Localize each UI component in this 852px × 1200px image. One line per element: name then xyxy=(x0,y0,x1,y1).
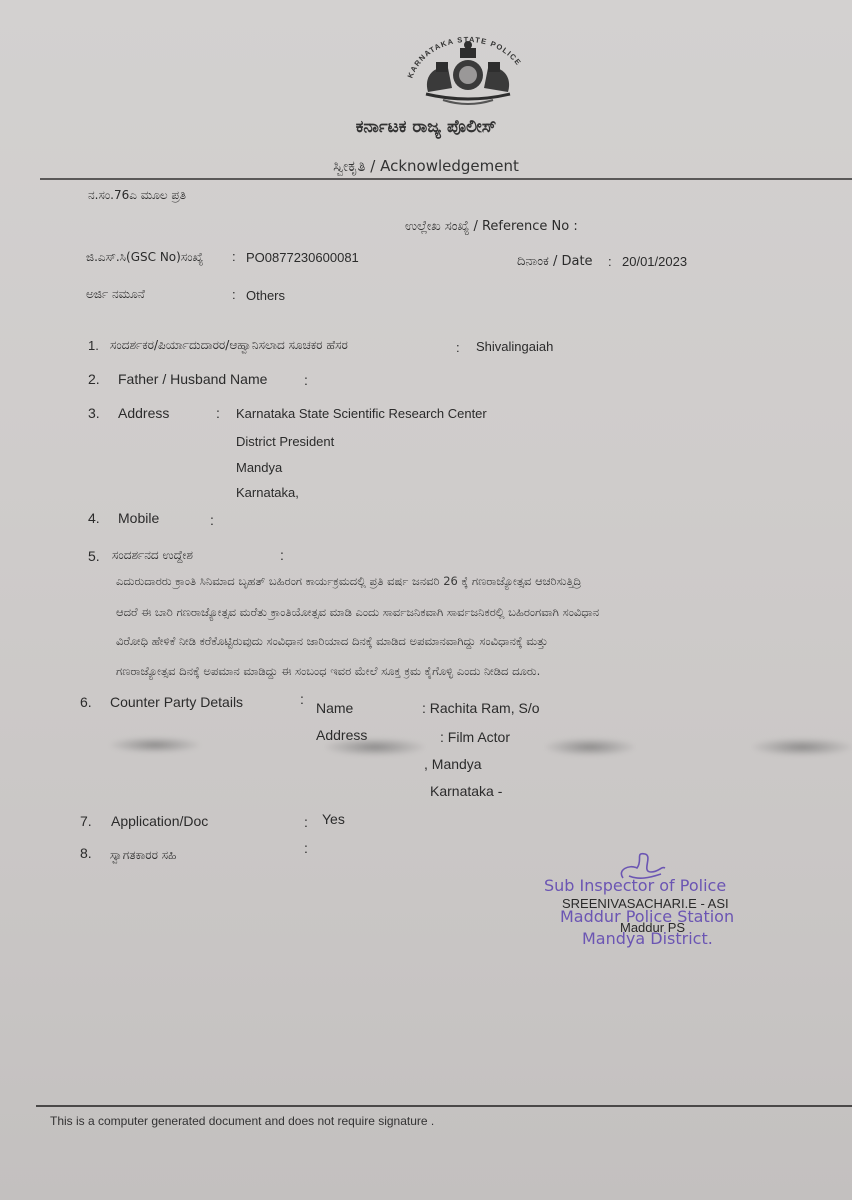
address-line-4: Karnataka, xyxy=(236,485,299,500)
field-4-colon: : xyxy=(210,512,214,528)
document-title: ಸ್ವೀಕೃತಿ / Acknowledgement xyxy=(0,157,852,175)
form-number: ನ.ಸಂ.76ಎ ಮೂಲ ಪ್ರತಿ xyxy=(88,188,186,203)
purpose-line-3: ವಿರೋಧಿ ಹೇಳಿಕೆ ನೀಡಿ ಕರೆಕೊಟ್ಟಿರುವುದು ಸಂವಿಧ… xyxy=(116,634,548,649)
header-divider xyxy=(40,178,852,180)
address-line-3: Mandya xyxy=(236,460,282,475)
field-8-label: ಸ್ವಾಗತಕಾರರ ಸಹಿ xyxy=(110,848,176,863)
stamp-line-3: Mandya District. xyxy=(582,929,713,948)
field-8-colon: : xyxy=(304,840,308,856)
field-4-number: 4. xyxy=(88,510,100,526)
field-3-number: 3. xyxy=(88,405,100,421)
application-type-value: Others xyxy=(246,288,285,303)
field-3-label: Address xyxy=(118,405,169,421)
state-police-emblem-icon: KARNATAKA STATE POLICE xyxy=(388,30,548,110)
field-5-label: ಸಂದರ್ಶನದ ಉದ್ದೇಶ xyxy=(112,548,193,563)
reference-label: ಉಲ್ಲೇಖ ಸಂಖ್ಯೆ / Reference No : xyxy=(405,219,578,234)
field-8-number: 8. xyxy=(80,845,92,861)
field-1-label: ಸಂದರ್ಶಕರ/ಪಿರ್ಯಾದುದಾರರ/ಆಹ್ವಾನಿಸಲಾದ ಸೂಚಕರ … xyxy=(110,338,348,353)
field-1-colon: : xyxy=(456,340,460,355)
stamp-line-1: Sub Inspector of Police xyxy=(544,876,726,895)
field-1-value: Shivalingaiah xyxy=(476,339,553,354)
field-6-colon: : xyxy=(300,691,304,707)
purpose-line-4: ಗಣರಾಜ್ಯೋತ್ಸವ ದಿನಕ್ಕೆ ಅಪಮಾನ ಮಾಡಿದ್ದು ಈ ಸಂ… xyxy=(116,664,540,679)
counter-party-name-value: : Rachita Ram, S/o xyxy=(422,700,540,716)
gsc-value: PO0877230600081 xyxy=(246,250,359,265)
counter-party-address-line-3: Karnataka - xyxy=(430,783,502,799)
counter-party-address-line-2: , Mandya xyxy=(424,756,482,772)
acknowledgement-document: KARNATAKA STATE POLICE ಕರ್ನಾಟಕ ರಾಜ್ಯ ಪೊಲ… xyxy=(0,0,852,1200)
field-5-colon: : xyxy=(280,547,284,563)
redaction-smudge xyxy=(545,738,635,756)
address-line-1: Karnataka State Scientific Research Cent… xyxy=(236,406,487,421)
counter-party-name-label: Name xyxy=(316,700,353,716)
address-line-2: District President xyxy=(236,434,334,449)
field-4-label: Mobile xyxy=(118,510,159,526)
field-7-colon: : xyxy=(304,814,308,830)
footer-divider xyxy=(36,1105,852,1107)
redaction-smudge xyxy=(110,737,200,753)
field-7-value: Yes xyxy=(322,811,345,827)
date-value: 20/01/2023 xyxy=(622,254,687,269)
date-colon: : xyxy=(608,254,612,269)
application-type-colon: : xyxy=(232,287,236,302)
redaction-smudge xyxy=(325,738,425,756)
footer-note: This is a computer generated document an… xyxy=(50,1114,434,1128)
field-2-number: 2. xyxy=(88,371,100,387)
purpose-line-1: ಎದುರುದಾರರು ಕ್ರಾಂತಿ ಸಿನಿಮಾದ ಬೃಹತ್ ಬಹಿರಂಗ … xyxy=(116,574,581,589)
field-7-label: Application/Doc xyxy=(111,813,208,829)
application-type-label: ಅರ್ಜಿ ನಮೂನೆ xyxy=(86,287,145,302)
counter-party-address-value: : Film Actor xyxy=(440,729,510,745)
field-7-number: 7. xyxy=(80,813,92,829)
field-6-number: 6. xyxy=(80,694,92,710)
field-5-number: 5. xyxy=(88,548,100,564)
field-2-label: Father / Husband Name xyxy=(118,371,267,387)
redaction-smudge xyxy=(752,738,852,756)
field-2-colon: : xyxy=(304,372,308,388)
purpose-line-2: ಆದರೆ ಈ ಬಾರಿ ಗಣರಾಜ್ಯೋತ್ಸವ ಮರೆತು ಕ್ರಾಂತಿಯೋ… xyxy=(116,605,599,620)
date-label: ದಿನಾಂಕ / Date xyxy=(517,254,593,269)
gsc-colon: : xyxy=(232,249,236,264)
field-3-colon: : xyxy=(216,405,220,421)
field-1-number: 1. xyxy=(88,338,99,353)
department-title: ಕರ್ನಾಟಕ ರಾಜ್ಯ ಪೊಲೀಸ್ xyxy=(0,117,852,137)
gsc-label: ಜಿ.ಎಸ್.ಸಿ(GSC No)ಸಂಖ್ಯೆ xyxy=(86,250,203,265)
field-6-label: Counter Party Details xyxy=(110,694,243,710)
